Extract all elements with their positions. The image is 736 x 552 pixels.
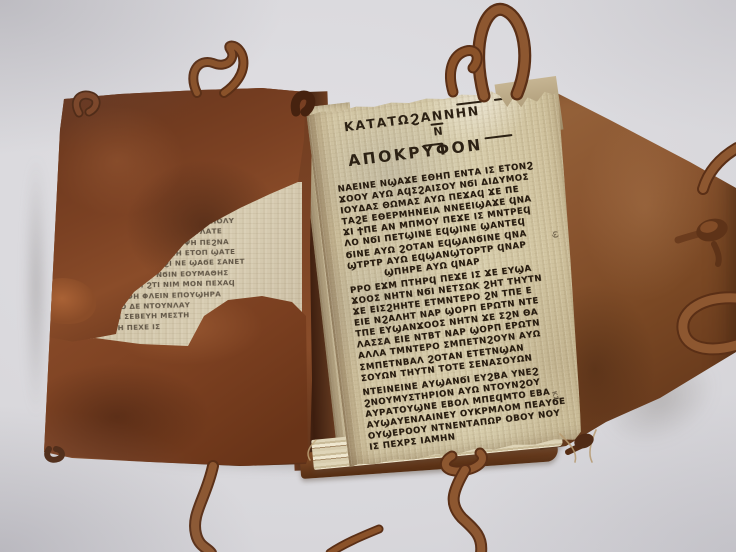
- flap-knot-end: [714, 244, 719, 264]
- cover-corner-tie: [47, 449, 62, 460]
- photo-of-papyrus-codex: ΠΑϨΥΣΕΠΕΔΕϢΛΛΑΘΗΝΑΝ ΜΜΟΣ ΠΟΛΥΘΗΠ ΝΟϨΟΥ Ο…: [0, 0, 736, 552]
- binding-thread: [308, 440, 316, 460]
- leather-ties-overlay: [0, 0, 736, 552]
- binding-thread: [560, 434, 576, 462]
- spine-top-tab: [295, 95, 311, 112]
- loose-tie-bottom-center: [330, 529, 379, 552]
- bottom-right-tie: [454, 470, 482, 552]
